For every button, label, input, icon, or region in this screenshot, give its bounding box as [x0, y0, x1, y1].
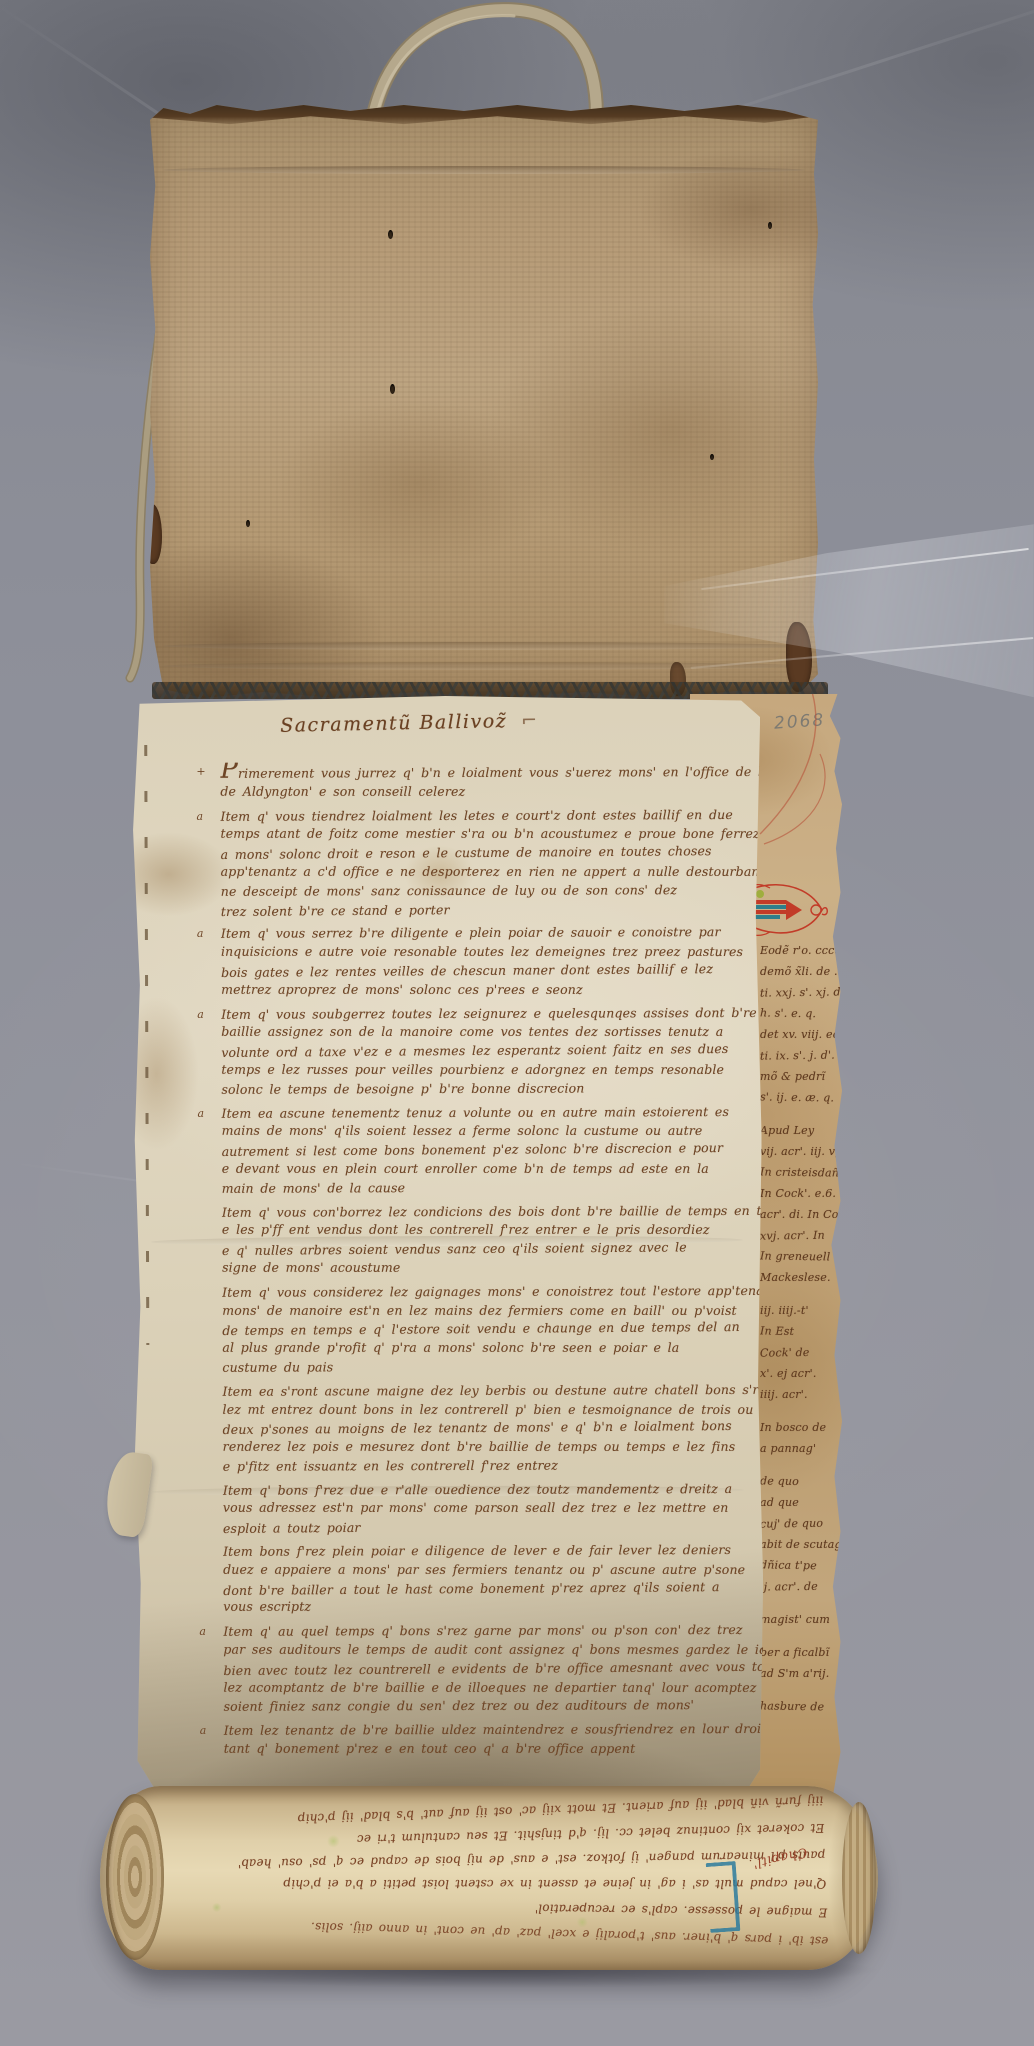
manuscript-line: trez solent b're ce stand e porter [221, 898, 775, 921]
manuscript-line [760, 1404, 844, 1417]
manuscript-line: deux p'sones au moigns de lez tenantz de… [223, 1417, 776, 1440]
manuscript-line: e devant vous en plein court enroller co… [222, 1160, 754, 1179]
paragraph-mark [198, 1382, 222, 1476]
backing-board [150, 102, 818, 698]
manuscript-line: Item q' vous serrez b're diligente e ple… [221, 923, 753, 944]
manuscript-line [760, 1287, 844, 1300]
document-heading: Sacramentũ Ballivoz̃ [280, 709, 539, 736]
manuscript-line: In Cock'. e.6. [760, 1183, 844, 1204]
manuscript-line: renderez lez pois e mesurez dont b're ba… [223, 1438, 776, 1457]
manuscript-line: de quo [760, 1470, 844, 1492]
cloth-hole [388, 230, 393, 239]
manuscript-line: det xv. viij. ec [760, 1024, 844, 1045]
manuscript-line: acr'. di. In Coxe. [760, 1204, 844, 1225]
manuscript-line: a mons' solonc droit e reson e le custum… [221, 842, 775, 865]
manuscript-line: In Est [760, 1320, 844, 1342]
manuscript-line: In greneuell [760, 1245, 844, 1267]
manuscript-line: Item ea s'ront ascune maigne dez ley ber… [222, 1381, 775, 1402]
manuscript-line: ad S'm a'rij. [760, 1663, 844, 1684]
manuscript-line: dñica t'pe [760, 1554, 844, 1576]
paragraph-mark: a [196, 807, 220, 920]
blue-bracket-mark [706, 1861, 741, 1933]
manuscript-line: Item ea ascune tenementz tenuz a volunte… [221, 1102, 753, 1123]
oath-paragraph: Item q' vous con'borrez lez condicions d… [198, 1201, 754, 1278]
manuscript-line: Primerement vous jurrez q' b'n e loialme… [220, 761, 795, 784]
manuscript-line: mettrez aproprez de mons' solonc ces p'r… [221, 981, 753, 1000]
oath-paragraph: Item q' bons f'rez due e r'alle ouedienc… [199, 1480, 755, 1538]
manuscript-line: tant q' bonement p'rez e en tout ceo q' … [224, 1740, 789, 1759]
cloth-fold [163, 642, 804, 650]
oath-paragraph: +Primerement vous jurrez q' b'n e loialm… [196, 761, 752, 803]
cloth-hole [390, 384, 395, 394]
manuscript-line: Eodẽ r'o. cccc. [760, 940, 844, 961]
manuscript-line: ti. xxj. s'. xj. d'. [760, 981, 844, 1003]
manuscript-line: temps e lez russes pour veilles pourbien… [221, 1061, 757, 1080]
manuscript-line [760, 1597, 844, 1609]
manuscript-line: iiij. acr'. [760, 1384, 844, 1405]
manuscript-line: app'tenantz a c'd office e ne desportere… [221, 863, 775, 882]
manuscript-line: Item bons f'rez plein poiar e diligence … [223, 1541, 755, 1562]
manuscript-line: mains de mons' q'ils soient lessez a fer… [222, 1122, 754, 1141]
manuscript-line: vous adressez est'n par mons' come parso… [223, 1499, 755, 1518]
manuscript-line: ti. ix. s'. j. d'. · [760, 1044, 844, 1066]
oath-text-block: +Primerement vous jurrez q' b'n e loialm… [196, 761, 755, 1765]
manuscript-line: xvj. acr'. In [760, 1224, 844, 1246]
manuscript-line: de temps en temps e q' l'estore soit ven… [222, 1318, 791, 1341]
manuscript-line: a pannag' [760, 1438, 844, 1459]
manuscript-line: Item q' au quel temps q' bons s'rez garn… [223, 1621, 799, 1642]
cloth-hole [710, 454, 714, 460]
oath-paragraph: Item q' vous considerez lez gaignages mo… [198, 1282, 754, 1378]
manuscript-line: In bosco de [760, 1417, 844, 1438]
oath-paragraph: aItem lez tenantz de b're baillie uldez … [200, 1720, 756, 1760]
manuscript-line: demõ x̃li. de .6. [760, 961, 844, 982]
manuscript-line: cuj' de quo [760, 1512, 844, 1534]
manuscript-line: e q' nulles arbres soient vendus sanz ce… [222, 1238, 796, 1261]
oath-paragraph: Item bons f'rez plein poiar e diligence … [199, 1541, 755, 1618]
manuscript-line: Item q' vous con'borrez lez condicions d… [222, 1201, 796, 1222]
manuscript-line: inquisicions e autre voie resonable tout… [221, 943, 753, 962]
manuscript-line: magist' cum [760, 1609, 844, 1630]
manuscript-line: Apud Ley [760, 1120, 844, 1141]
paragraph-mark [199, 1481, 223, 1537]
manuscript-line: x'. ej acr'. [760, 1363, 844, 1384]
manuscript-line: esploit a toutz poiar [223, 1516, 755, 1539]
main-parchment-sheet: Sacramentũ Ballivoz̃ +Primerement vous j… [130, 695, 764, 1805]
manuscript-line: baillie assignez son de la manoire come … [221, 1023, 757, 1042]
manuscript-line: Item q' bons f'rez due e r'alle ouedienc… [223, 1480, 755, 1501]
manuscript-line: lez acomptantz de b're baillie e de illo… [224, 1678, 800, 1697]
edge-stitch-marks [144, 745, 149, 1345]
manuscript-line: autrement si lest come bons bonement p'e… [222, 1139, 754, 1162]
paragraph-mark [198, 1203, 222, 1278]
oath-paragraph: aItem ea ascune tenementz tenuz a volunt… [197, 1102, 753, 1198]
cloth-fold [163, 166, 804, 174]
manuscript-line: ne desceipt de mons' sanz conissaunce de… [221, 881, 775, 902]
manuscript-line: e p'fitz ent issuantz en les contrerell … [223, 1456, 776, 1477]
manuscript-line: solonc le temps de besoigne p' b're bonn… [221, 1079, 757, 1100]
paragraph-mark: a [197, 925, 221, 1000]
manuscript-line: bien avec toutz lez countrerell e eviden… [223, 1657, 799, 1680]
manuscript-line: volunte ord a taxe v'ez e a mesmes lez e… [221, 1040, 757, 1063]
paragraph-mark: a [200, 1722, 224, 1760]
cloth-hole [246, 520, 250, 527]
manuscript-line: custume du pais [222, 1357, 791, 1378]
manuscript-line: abit de scutag' [760, 1534, 844, 1555]
manuscript-line: al plus grande p'rofit q' p'ra a mons' s… [222, 1339, 791, 1358]
manuscript-line: Item q' vous considerez lez gaignages mo… [222, 1282, 791, 1303]
manuscript-line: de Aldyngton' e son conseill celerez [220, 782, 795, 801]
manuscript-line: main de mons' de la cause [222, 1178, 754, 1199]
paragraph-mark [199, 1543, 223, 1618]
cloth-hole [768, 222, 772, 229]
paragraph-mark [198, 1284, 222, 1378]
manuscript-line: vij. acr'. iij. vg'. [760, 1141, 844, 1162]
oath-paragraph: aItem q' vous soubgerrez toutes lez seig… [197, 1003, 753, 1099]
manuscript-line: hasbure de [760, 1695, 844, 1717]
roll-coil-end [106, 1794, 164, 1960]
manuscript-line: e les p'ff ent vendus dont les contrerel… [222, 1221, 796, 1240]
manuscript-line: Cock' de [760, 1341, 844, 1363]
manuscript-line: soient finiez sanz congie du sen' dez tr… [224, 1696, 800, 1717]
manuscript-line: ij. acr'. de [760, 1575, 844, 1597]
manuscript-line: s'. ij. e. æ. q. [760, 1086, 844, 1108]
paragraph-mark: a [197, 1005, 221, 1099]
manuscript-line: signe de mons' acoustume [222, 1259, 796, 1278]
paragraph-mark: a [197, 1104, 221, 1198]
parchment-roll: est ib' i pars q' b'iner. aus' t'poralij… [100, 1786, 878, 1970]
paragraph-mark: + [196, 763, 220, 803]
roll-coil-end [842, 1802, 876, 1954]
manuscript-line: par ses auditours le temps de audit cont… [223, 1641, 799, 1660]
manuscript-line [760, 1629, 844, 1642]
manuscript-line: h. s'. e. q. [760, 1002, 844, 1024]
paragraph-mark: a [199, 1623, 223, 1717]
manuscript-line [760, 1107, 844, 1120]
manuscript-line: Item q' vous soubgerrez toutes lez seign… [221, 1003, 757, 1024]
manuscript-line: In cristeisdañ [760, 1161, 844, 1183]
manuscript-line: Mackeslese. [760, 1267, 844, 1288]
manuscript-line: ber a ficalbĩ [760, 1642, 844, 1663]
oath-paragraph: aItem q' au quel temps q' bons s'rez gar… [199, 1621, 755, 1717]
manuscript-line: iij. iiij.-t' [760, 1300, 844, 1321]
manuscript-line: Item q' vous tiendrez loialment les lete… [220, 805, 774, 826]
oath-paragraph: aItem q' vous tiendrez loialment les let… [196, 806, 752, 921]
manuscript-line: mõ & pedrĩ [760, 1066, 844, 1087]
manuscript-line: temps atant de foitz come mestier s'ra o… [221, 825, 775, 844]
margin-notes: Eodẽ r'o. cccc.demõ x̃li. de .6.ti. xxj.… [760, 940, 844, 1717]
manuscript-line: ad que [760, 1492, 844, 1513]
manuscript-photograph: 2068 Eodẽ r'o. cccc.demõ x̃li. de .6.ti.… [0, 0, 1034, 2046]
manuscript-line: duez e appaiere a mons' par ses fermiers… [223, 1561, 755, 1580]
oath-paragraph: Item ea s'ront ascune maigne dez ley ber… [198, 1381, 754, 1477]
manuscript-line: Item lez tenantz de b're baillie uldez m… [224, 1720, 789, 1741]
manuscript-line: vous escriptz [223, 1598, 755, 1617]
oath-paragraph: aItem q' vous serrez b're diligente e pl… [197, 923, 753, 1000]
manuscript-line: bois gates e lez rentes veilles de chesc… [221, 960, 753, 983]
